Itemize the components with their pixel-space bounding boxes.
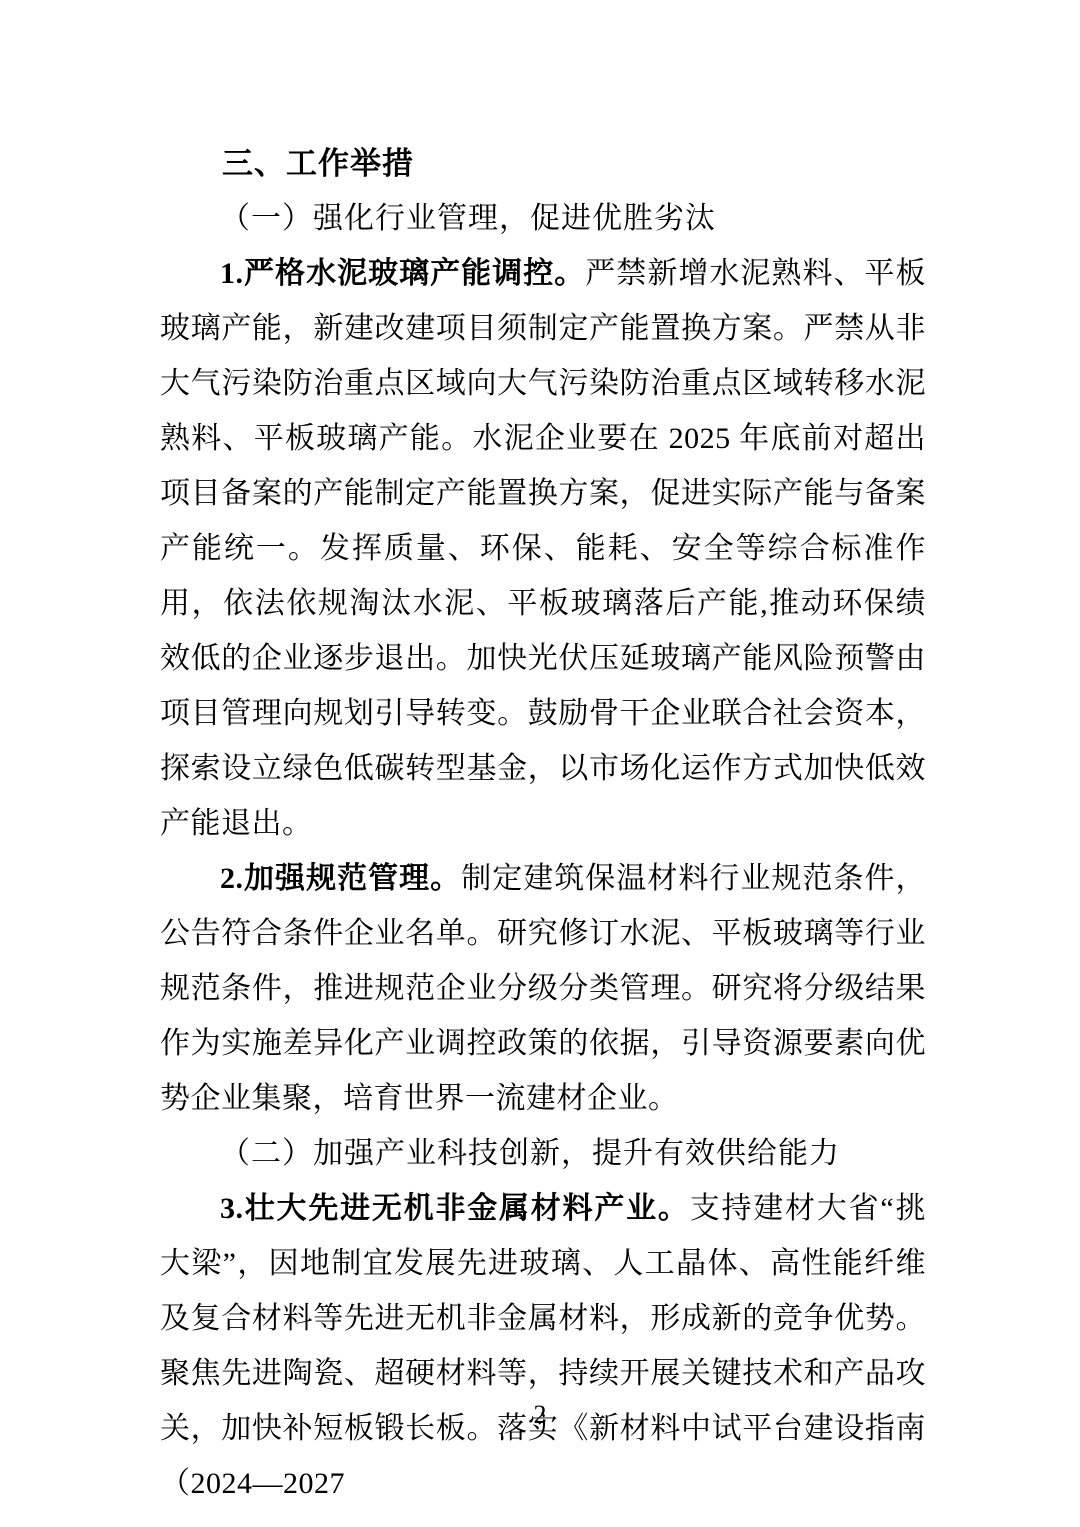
paragraph-1-lead: 1.严格水泥玻璃产能调控。 bbox=[220, 257, 585, 290]
subsection-heading-1: （一）强化行业管理，促进优胜劣汰 bbox=[160, 191, 926, 246]
document-body: 三、工作举措 （一）强化行业管理，促进优胜劣汰 1.严格水泥玻璃产能调控。严禁新… bbox=[160, 136, 926, 1511]
paragraph-3-lead: 3.壮大先进无机非金属材料产业。 bbox=[220, 1192, 690, 1225]
paragraph-1: 1.严格水泥玻璃产能调控。严禁新增水泥熟料、平板玻璃产能，新建改建项目须制定产能… bbox=[160, 246, 926, 851]
paragraph-1-text: 严禁新增水泥熟料、平板玻璃产能，新建改建项目须制定产能置换方案。严禁从非大气污染… bbox=[160, 257, 926, 840]
paragraph-3-text: 支持建材大省“挑大梁”，因地制宜发展先进玻璃、人工晶体、高性能纤维及复合材料等先… bbox=[160, 1192, 926, 1500]
document-page: 三、工作举措 （一）强化行业管理，促进优胜劣汰 1.严格水泥玻璃产能调控。严禁新… bbox=[0, 0, 1080, 1527]
paragraph-3: 3.壮大先进无机非金属材料产业。支持建材大省“挑大梁”，因地制宜发展先进玻璃、人… bbox=[160, 1181, 926, 1511]
paragraph-2: 2.加强规范管理。制定建筑保温材料行业规范条件，公告符合条件企业名单。研究修订水… bbox=[160, 851, 926, 1126]
paragraph-2-lead: 2.加强规范管理。 bbox=[220, 862, 461, 895]
paragraph-2-text: 制定建筑保温材料行业规范条件，公告符合条件企业名单。研究修订水泥、平板玻璃等行业… bbox=[160, 862, 926, 1115]
page-number: 2 bbox=[0, 1398, 1080, 1432]
section-heading: 三、工作举措 bbox=[160, 136, 926, 191]
subsection-heading-2: （二）加强产业科技创新，提升有效供给能力 bbox=[160, 1126, 926, 1181]
